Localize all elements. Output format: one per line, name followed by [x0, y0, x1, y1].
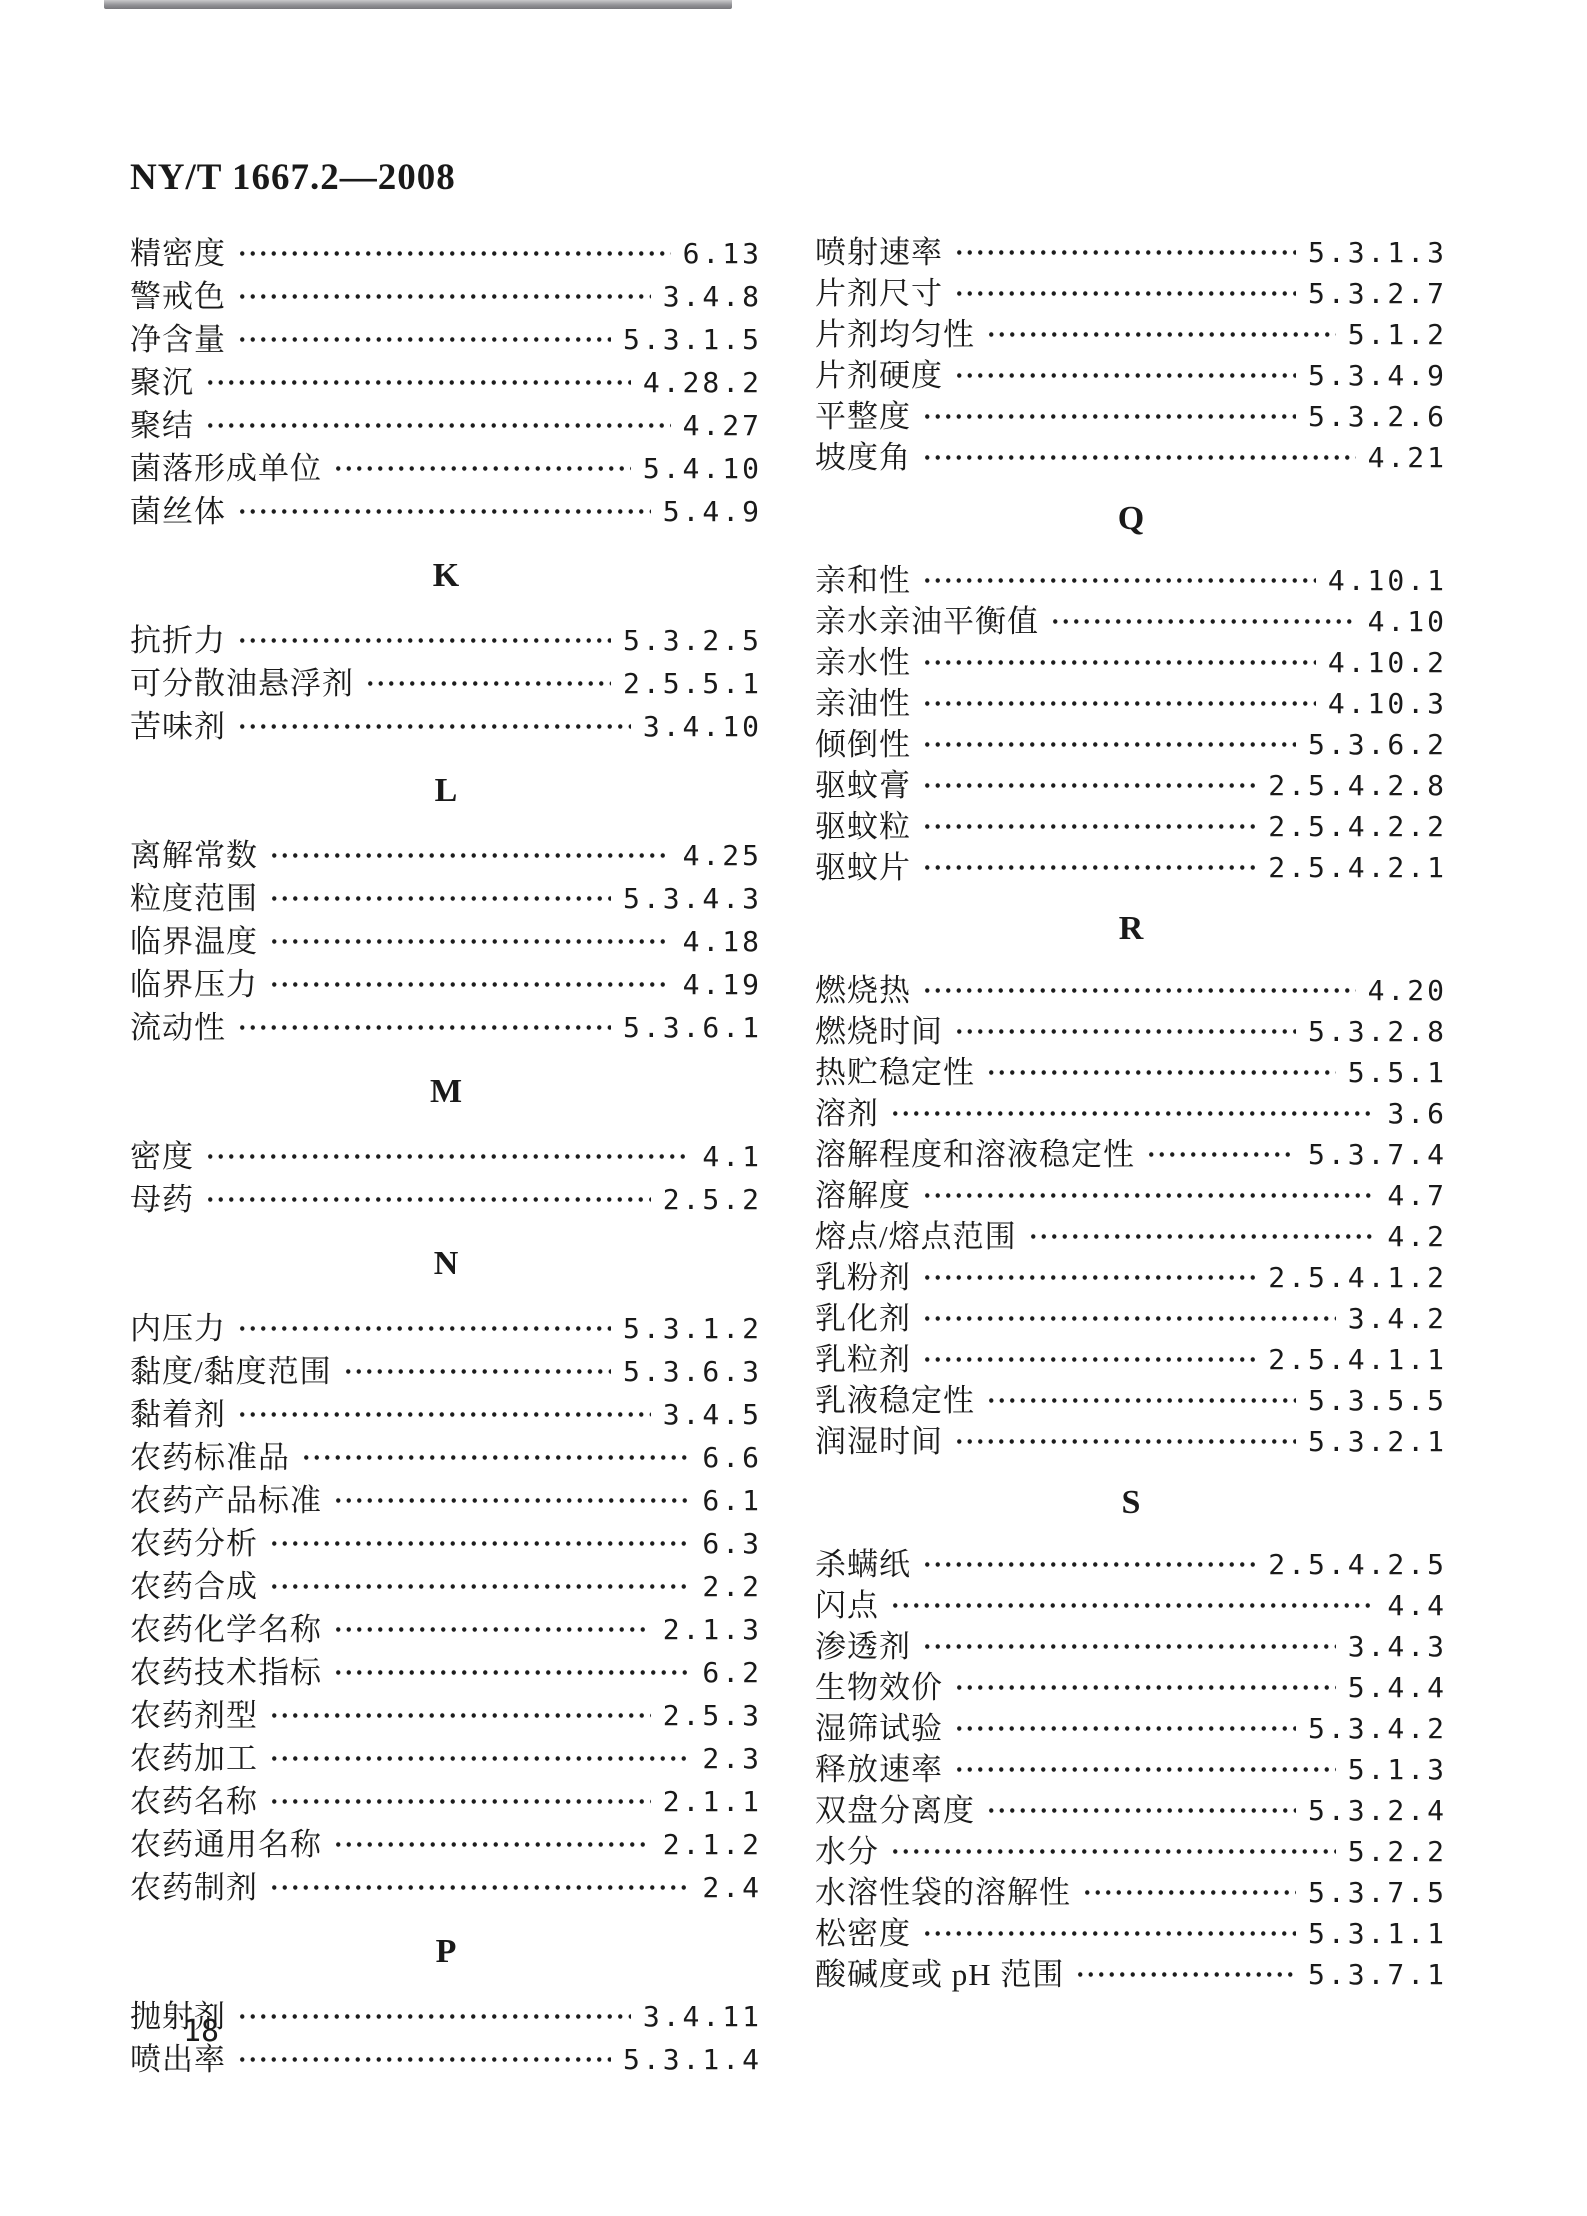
entry-term: 粒度范围: [130, 883, 258, 914]
section-letter: S: [815, 1462, 1447, 1544]
dot-leader: [331, 1479, 690, 1522]
dot-leader: [952, 1749, 1336, 1790]
dot-leader: [203, 1178, 651, 1221]
dot-leader: [235, 2038, 611, 2081]
entry-ref: 2.5.4.2.1: [1268, 854, 1447, 882]
entry-term: 黏度/黏度范围: [130, 1356, 332, 1387]
dot-leader: [235, 1995, 631, 2038]
entry-ref: 5.3.1.3: [1308, 239, 1447, 267]
entry-term: 松密度: [815, 1918, 911, 1949]
index-entry: 农药剂型2.5.3: [130, 1694, 762, 1737]
entry-term: 双盘分离度: [815, 1795, 975, 1826]
entry-ref: 2.5.4.1.2: [1268, 1264, 1447, 1292]
dot-leader: [235, 1393, 651, 1436]
entry-ref: 2.5.4.2.8: [1268, 772, 1447, 800]
dot-leader: [984, 1380, 1296, 1421]
entry-term: 菌丝体: [130, 496, 226, 527]
index-entry: 农药产品标准6.1: [130, 1479, 762, 1522]
entry-term: 驱蚊片: [815, 852, 911, 883]
dot-leader: [331, 1608, 651, 1651]
dot-leader: [267, 920, 671, 963]
entry-term: 润湿时间: [815, 1426, 943, 1457]
entry-term: 临界压力: [130, 969, 258, 1000]
entry-term: 湿筛试验: [815, 1713, 943, 1744]
entry-ref: 6.1: [702, 1487, 762, 1515]
page-number: 18: [183, 2014, 219, 2049]
entry-term: 密度: [130, 1141, 194, 1172]
index-entry: 农药制剂2.4: [130, 1866, 762, 1909]
index-entry: 熔点/熔点范围4.2: [815, 1216, 1447, 1257]
entry-term: 警戒色: [130, 281, 226, 312]
entry-term: 亲油性: [815, 688, 911, 719]
index-entry: 密度4.1: [130, 1135, 762, 1178]
entry-ref: 5.3.4.2: [1308, 1715, 1447, 1743]
entry-ref: 2.5.3: [663, 1702, 762, 1730]
entry-term: 闪点: [815, 1590, 879, 1621]
entry-ref: 3.4.5: [663, 1401, 762, 1429]
dot-leader: [920, 560, 1316, 601]
entry-ref: 4.2: [1387, 1223, 1447, 1251]
dot-leader: [1080, 1872, 1296, 1913]
entry-ref: 5.4.4: [1348, 1674, 1447, 1702]
entry-term: 片剂均匀性: [815, 319, 975, 350]
entry-ref: 2.4: [702, 1874, 762, 1902]
entry-ref: 5.3.2.8: [1308, 1018, 1447, 1046]
entry-ref: 6.13: [683, 240, 762, 268]
dot-leader: [920, 1544, 1256, 1585]
entry-term: 倾倒性: [815, 729, 911, 760]
dot-leader: [920, 1175, 1375, 1216]
index-entry: 驱蚊粒2.5.4.2.2: [815, 806, 1447, 847]
index-columns: 精密度6.13警戒色3.4.8净含量5.3.1.5聚沉4.28.2聚结4.27菌…: [130, 232, 1447, 2081]
dot-leader: [235, 232, 671, 275]
dot-leader: [235, 490, 651, 533]
dot-leader: [1026, 1216, 1376, 1257]
index-entry: 亲水性4.10.2: [815, 642, 1447, 683]
dot-leader: [920, 642, 1316, 683]
entry-term: 乳粒剂: [815, 1344, 911, 1375]
entry-term: 杀螨纸: [815, 1549, 911, 1580]
entry-ref: 5.3.6.3: [623, 1358, 762, 1386]
index-entry: 可分散油悬浮剂2.5.5.1: [130, 662, 762, 705]
index-entry: 流动性5.3.6.1: [130, 1006, 762, 1049]
entry-term: 农药化学名称: [130, 1614, 322, 1645]
index-entry: 湿筛试验5.3.4.2: [815, 1708, 1447, 1749]
dot-leader: [920, 437, 1356, 478]
index-entry: 黏度/黏度范围5.3.6.3: [130, 1350, 762, 1393]
index-entry: 酸碱度或 pH 范围5.3.7.1: [815, 1954, 1447, 1995]
entry-ref: 4.10.2: [1328, 649, 1447, 677]
standard-number-header: NY/T 1667.2—2008: [130, 156, 456, 199]
index-entry: 喷射速率5.3.1.3: [815, 232, 1447, 273]
entry-ref: 4.19: [683, 971, 762, 999]
index-entry: 润湿时间5.3.2.1: [815, 1421, 1447, 1462]
index-entry: 燃烧热4.20: [815, 970, 1447, 1011]
entry-term: 释放速率: [815, 1754, 943, 1785]
entry-ref: 5.5.1: [1348, 1059, 1447, 1087]
document-page: { "page": { "header": "NY/T 1667.2—2008"…: [0, 0, 1587, 2216]
index-entry: 乳粒剂2.5.4.1.1: [815, 1339, 1447, 1380]
dot-leader: [235, 318, 611, 361]
entry-term: 溶解程度和溶液稳定性: [815, 1139, 1135, 1170]
section-letter: P: [130, 1909, 762, 1995]
entry-ref: 5.3.2.5: [623, 627, 762, 655]
dot-leader: [1144, 1134, 1296, 1175]
entry-ref: 5.2.2: [1348, 1838, 1447, 1866]
entry-ref: 5.3.4.9: [1308, 362, 1447, 390]
dot-leader: [331, 1823, 651, 1866]
entry-term: 亲水性: [815, 647, 911, 678]
dot-leader: [920, 847, 1256, 888]
dot-leader: [267, 1780, 651, 1823]
index-entry: 亲和性4.10.1: [815, 560, 1447, 601]
index-entry: 平整度5.3.2.6: [815, 396, 1447, 437]
entry-term: 喷射速率: [815, 237, 943, 268]
entry-ref: 2.5.5.1: [623, 670, 762, 698]
entry-ref: 5.3.7.4: [1308, 1141, 1447, 1169]
dot-leader: [952, 1667, 1336, 1708]
entry-ref: 2.1.2: [663, 1831, 762, 1859]
index-entry: 坡度角4.21: [815, 437, 1447, 478]
entry-ref: 5.3.1.1: [1308, 1920, 1447, 1948]
index-entry: 溶剂3.6: [815, 1093, 1447, 1134]
dot-leader: [952, 1011, 1296, 1052]
entry-term: 农药加工: [130, 1743, 258, 1774]
index-entry: 警戒色3.4.8: [130, 275, 762, 318]
entry-ref: 5.1.2: [1348, 321, 1447, 349]
dot-leader: [920, 765, 1256, 806]
entry-ref: 5.1.3: [1348, 1756, 1447, 1784]
entry-ref: 5.3.5.5: [1308, 1387, 1447, 1415]
index-entry: 母药2.5.2: [130, 1178, 762, 1221]
entry-term: 农药合成: [130, 1571, 258, 1602]
index-entry: 驱蚊片2.5.4.2.1: [815, 847, 1447, 888]
entry-term: 母药: [130, 1184, 194, 1215]
dot-leader: [1048, 601, 1356, 642]
entry-ref: 5.4.10: [643, 455, 762, 483]
index-entry: 农药合成2.2: [130, 1565, 762, 1608]
index-entry: 农药分析6.3: [130, 1522, 762, 1565]
index-entry: 溶解程度和溶液稳定性5.3.7.4: [815, 1134, 1447, 1175]
entry-term: 片剂硬度: [815, 360, 943, 391]
section-letter: N: [130, 1221, 762, 1307]
index-entry: 抗折力5.3.2.5: [130, 619, 762, 662]
entry-term: 热贮稳定性: [815, 1057, 975, 1088]
section-letter: M: [130, 1049, 762, 1135]
entry-ref: 5.3.6.2: [1308, 731, 1447, 759]
index-entry: 亲水亲油平衡值4.10: [815, 601, 1447, 642]
entry-term: 生物效价: [815, 1672, 943, 1703]
dot-leader: [341, 1350, 611, 1393]
entry-ref: 2.5.4.2.5: [1268, 1551, 1447, 1579]
index-entry: 水溶性袋的溶解性5.3.7.5: [815, 1872, 1447, 1913]
dot-leader: [920, 1339, 1256, 1380]
entry-ref: 3.4.8: [663, 283, 762, 311]
entry-term: 亲水亲油平衡值: [815, 606, 1039, 637]
index-entry: 驱蚊膏2.5.4.2.8: [815, 765, 1447, 806]
entry-ref: 5.3.2.7: [1308, 280, 1447, 308]
entry-term: 乳粉剂: [815, 1262, 911, 1293]
entry-ref: 5.3.2.4: [1308, 1797, 1447, 1825]
entry-term: 农药标准品: [130, 1442, 290, 1473]
entry-term: 可分散油悬浮剂: [130, 668, 354, 699]
entry-term: 平整度: [815, 401, 911, 432]
entry-ref: 4.1: [702, 1143, 762, 1171]
entry-term: 农药通用名称: [130, 1829, 322, 1860]
entry-ref: 2.1.1: [663, 1788, 762, 1816]
dot-leader: [267, 877, 611, 920]
entry-ref: 4.4: [1387, 1592, 1447, 1620]
entry-term: 片剂尺寸: [815, 278, 943, 309]
dot-leader: [952, 355, 1296, 396]
entry-ref: 5.3.7.5: [1308, 1879, 1447, 1907]
entry-term: 乳化剂: [815, 1303, 911, 1334]
dot-leader: [952, 232, 1296, 273]
entry-term: 农药产品标准: [130, 1485, 322, 1516]
entry-term: 聚结: [130, 410, 194, 441]
dot-leader: [267, 1694, 651, 1737]
index-entry: 菌丝体5.4.9: [130, 490, 762, 533]
dot-leader: [267, 1866, 690, 1909]
index-entry: 片剂尺寸5.3.2.7: [815, 273, 1447, 314]
section-letter: Q: [815, 478, 1447, 560]
entry-term: 农药剂型: [130, 1700, 258, 1731]
entry-ref: 5.4.9: [663, 498, 762, 526]
entry-term: 水分: [815, 1836, 879, 1867]
entry-ref: 4.27: [683, 412, 762, 440]
index-entry: 杀螨纸2.5.4.2.5: [815, 1544, 1447, 1585]
entry-ref: 3.4.10: [643, 713, 762, 741]
entry-term: 抗折力: [130, 625, 226, 656]
entry-term: 乳液稳定性: [815, 1385, 975, 1416]
dot-leader: [920, 1257, 1256, 1298]
index-entry: 喷出率5.3.1.4: [130, 2038, 762, 2081]
dot-leader: [267, 834, 671, 877]
entry-ref: 5.3.6.1: [623, 1014, 762, 1042]
index-entry: 黏着剂3.4.5: [130, 1393, 762, 1436]
entry-term: 燃烧时间: [815, 1016, 943, 1047]
dot-leader: [1073, 1954, 1296, 1995]
index-entry: 乳化剂3.4.2: [815, 1298, 1447, 1339]
scan-artifact-bar: [104, 0, 732, 9]
dot-leader: [920, 1626, 1336, 1667]
index-right-column: 喷射速率5.3.1.3片剂尺寸5.3.2.7片剂均匀性5.1.2片剂硬度5.3.…: [815, 232, 1447, 2081]
dot-leader: [888, 1585, 1375, 1626]
entry-term: 驱蚊膏: [815, 770, 911, 801]
entry-term: 溶解度: [815, 1180, 911, 1211]
entry-term: 内压力: [130, 1313, 226, 1344]
entry-ref: 4.20: [1368, 977, 1447, 1005]
dot-leader: [952, 273, 1296, 314]
index-entry: 生物效价5.4.4: [815, 1667, 1447, 1708]
entry-ref: 2.3: [702, 1745, 762, 1773]
dot-leader: [952, 1708, 1296, 1749]
entry-ref: 2.5.4.2.2: [1268, 813, 1447, 841]
entry-ref: 5.3.2.1: [1308, 1428, 1447, 1456]
dot-leader: [363, 662, 611, 705]
entry-ref: 5.3.7.1: [1308, 1961, 1447, 1989]
index-entry: 释放速率5.1.3: [815, 1749, 1447, 1790]
index-entry: 农药技术指标6.2: [130, 1651, 762, 1694]
dot-leader: [920, 1298, 1336, 1339]
entry-ref: 2.2: [702, 1573, 762, 1601]
entry-term: 黏着剂: [130, 1399, 226, 1430]
index-entry: 水分5.2.2: [815, 1831, 1447, 1872]
dot-leader: [920, 724, 1296, 765]
dot-leader: [984, 1790, 1296, 1831]
entry-term: 熔点/熔点范围: [815, 1221, 1017, 1252]
index-entry: 聚沉4.28.2: [130, 361, 762, 404]
dot-leader: [920, 806, 1256, 847]
entry-ref: 5.3.1.5: [623, 326, 762, 354]
entry-term: 渗透剂: [815, 1631, 911, 1662]
index-entry: 粒度范围5.3.4.3: [130, 877, 762, 920]
index-entry: 闪点4.4: [815, 1585, 1447, 1626]
entry-ref: 6.6: [702, 1444, 762, 1472]
dot-leader: [235, 1307, 611, 1350]
index-entry: 离解常数4.25: [130, 834, 762, 877]
dot-leader: [920, 1913, 1296, 1954]
dot-leader: [203, 361, 631, 404]
index-entry: 溶解度4.7: [815, 1175, 1447, 1216]
dot-leader: [235, 619, 611, 662]
dot-leader: [203, 1135, 690, 1178]
entry-ref: 4.21: [1368, 444, 1447, 472]
index-entry: 内压力5.3.1.2: [130, 1307, 762, 1350]
entry-ref: 5.3.1.2: [623, 1315, 762, 1343]
entry-ref: 4.7: [1387, 1182, 1447, 1210]
entry-term: 农药技术指标: [130, 1657, 322, 1688]
entry-term: 流动性: [130, 1012, 226, 1043]
entry-term: 燃烧热: [815, 975, 911, 1006]
index-entry: 农药通用名称2.1.2: [130, 1823, 762, 1866]
index-entry: 农药化学名称2.1.3: [130, 1608, 762, 1651]
entry-term: 亲和性: [815, 565, 911, 596]
index-entry: 聚结4.27: [130, 404, 762, 447]
index-entry: 菌落形成单位5.4.10: [130, 447, 762, 490]
index-entry: 临界温度4.18: [130, 920, 762, 963]
index-entry: 净含量5.3.1.5: [130, 318, 762, 361]
index-entry: 双盘分离度5.3.2.4: [815, 1790, 1447, 1831]
dot-leader: [267, 963, 671, 1006]
entry-term: 水溶性袋的溶解性: [815, 1877, 1071, 1908]
index-entry: 松密度5.3.1.1: [815, 1913, 1447, 1954]
entry-ref: 2.5.2: [663, 1186, 762, 1214]
dot-leader: [299, 1436, 690, 1479]
entry-term: 农药制剂: [130, 1872, 258, 1903]
entry-term: 农药名称: [130, 1786, 258, 1817]
entry-ref: 6.2: [702, 1659, 762, 1687]
dot-leader: [267, 1522, 690, 1565]
entry-ref: 4.25: [683, 842, 762, 870]
entry-term: 聚沉: [130, 367, 194, 398]
index-entry: 渗透剂3.4.3: [815, 1626, 1447, 1667]
entry-term: 驱蚊粒: [815, 811, 911, 842]
entry-ref: 3.4.11: [643, 2003, 762, 2031]
index-entry: 抛射剂3.4.11: [130, 1995, 762, 2038]
index-entry: 乳液稳定性5.3.5.5: [815, 1380, 1447, 1421]
entry-ref: 4.10.3: [1328, 690, 1447, 718]
dot-leader: [235, 275, 651, 318]
entry-ref: 2.1.3: [663, 1616, 762, 1644]
entry-term: 苦味剂: [130, 711, 226, 742]
index-entry: 燃烧时间5.3.2.8: [815, 1011, 1447, 1052]
dot-leader: [984, 1052, 1336, 1093]
entry-ref: 4.28.2: [643, 369, 762, 397]
entry-term: 菌落形成单位: [130, 453, 322, 484]
entry-term: 坡度角: [815, 442, 911, 473]
entry-ref: 5.3.1.4: [623, 2046, 762, 2074]
index-entry: 农药名称2.1.1: [130, 1780, 762, 1823]
entry-ref: 5.3.2.6: [1308, 403, 1447, 431]
entry-ref: 3.4.2: [1348, 1305, 1447, 1333]
section-letter: R: [815, 888, 1447, 970]
dot-leader: [888, 1831, 1336, 1872]
index-entry: 亲油性4.10.3: [815, 683, 1447, 724]
dot-leader: [267, 1737, 690, 1780]
entry-ref: 4.10.1: [1328, 567, 1447, 595]
dot-leader: [920, 683, 1316, 724]
entry-ref: 3.6: [1387, 1100, 1447, 1128]
entry-ref: 3.4.3: [1348, 1633, 1447, 1661]
entry-ref: 2.5.4.1.1: [1268, 1346, 1447, 1374]
entry-term: 溶剂: [815, 1098, 879, 1129]
entry-ref: 6.3: [702, 1530, 762, 1558]
entry-ref: 4.10: [1368, 608, 1447, 636]
section-letter: L: [130, 748, 762, 834]
entry-term: 农药分析: [130, 1528, 258, 1559]
entry-term: 离解常数: [130, 840, 258, 871]
dot-leader: [920, 970, 1356, 1011]
entry-ref: 5.3.4.3: [623, 885, 762, 913]
dot-leader: [235, 1006, 611, 1049]
dot-leader: [984, 314, 1336, 355]
dot-leader: [331, 447, 631, 490]
index-entry: 片剂硬度5.3.4.9: [815, 355, 1447, 396]
index-entry: 热贮稳定性5.5.1: [815, 1052, 1447, 1093]
entry-term: 酸碱度或 pH 范围: [815, 1959, 1064, 1990]
dot-leader: [331, 1651, 690, 1694]
index-entry: 片剂均匀性5.1.2: [815, 314, 1447, 355]
dot-leader: [952, 1421, 1296, 1462]
index-entry: 精密度6.13: [130, 232, 762, 275]
dot-leader: [235, 705, 631, 748]
entry-term: 临界温度: [130, 926, 258, 957]
dot-leader: [888, 1093, 1375, 1134]
index-left-column: 精密度6.13警戒色3.4.8净含量5.3.1.5聚沉4.28.2聚结4.27菌…: [130, 232, 762, 2081]
section-letter: K: [130, 533, 762, 619]
dot-leader: [920, 396, 1296, 437]
index-entry: 农药标准品6.6: [130, 1436, 762, 1479]
index-entry: 农药加工2.3: [130, 1737, 762, 1780]
dot-leader: [267, 1565, 690, 1608]
entry-ref: 4.18: [683, 928, 762, 956]
index-entry: 倾倒性5.3.6.2: [815, 724, 1447, 765]
dot-leader: [203, 404, 671, 447]
entry-term: 净含量: [130, 324, 226, 355]
index-entry: 乳粉剂2.5.4.1.2: [815, 1257, 1447, 1298]
entry-term: 精密度: [130, 238, 226, 269]
index-entry: 苦味剂3.4.10: [130, 705, 762, 748]
index-entry: 临界压力4.19: [130, 963, 762, 1006]
